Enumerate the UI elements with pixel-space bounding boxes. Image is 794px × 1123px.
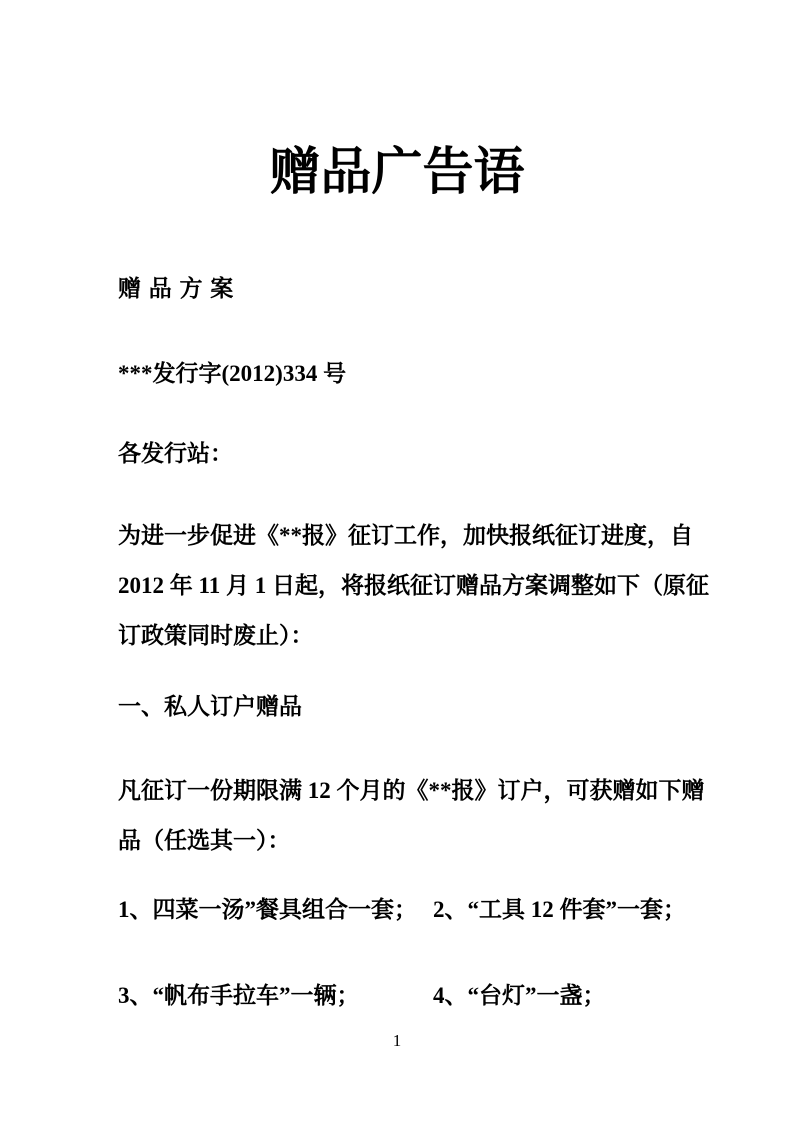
- section-intro-line-1: 凡征订一份期限满 12 个月的《**报》订户，可获赠如下赠: [118, 766, 676, 816]
- plan-subtitle: 赠 品 方 案: [118, 264, 676, 314]
- gift-item-3: 3、“帆布手拉车”一辆；: [118, 971, 433, 1021]
- intro-line-2: 2012 年 11 月 1 日起，将报纸征订赠品方案调整如下（原征: [118, 561, 676, 611]
- page-number: 1: [0, 1030, 794, 1052]
- section-one-intro: 凡征订一份期限满 12 个月的《**报》订户，可获赠如下赠 品（任选其一）：: [118, 766, 676, 866]
- intro-paragraph: 为进一步促进《**报》征订工作，加快报纸征订进度，自 2012 年 11 月 1…: [118, 511, 676, 661]
- gift-row-2: 3、“帆布手拉车”一辆； 4、“台灯”一盏；: [118, 971, 676, 1021]
- gift-row-1: 1、四菜一汤”餐具组合一套； 2、“工具 12 件套”一套；: [118, 885, 676, 935]
- section-one-heading: 一、私人订户赠品: [118, 682, 676, 732]
- document-number: ***发行字(2012)334 号: [118, 349, 676, 399]
- gift-item-2: 2、“工具 12 件套”一套；: [433, 885, 686, 935]
- gift-item-4: 4、“台灯”一盏；: [433, 971, 676, 1021]
- document-page: 赠品广告语 赠 品 方 案 ***发行字(2012)334 号 各发行站： 为进…: [0, 0, 794, 1123]
- intro-line-1: 为进一步促进《**报》征订工作，加快报纸征订进度，自: [118, 511, 676, 561]
- document-title: 赠品广告语: [0, 140, 794, 206]
- salutation-line: 各发行站：: [118, 429, 676, 479]
- gift-item-1: 1、四菜一汤”餐具组合一套；: [118, 885, 433, 935]
- section-intro-line-2: 品（任选其一）：: [118, 816, 676, 866]
- document-body: 赠 品 方 案 ***发行字(2012)334 号 各发行站： 为进一步促进《*…: [0, 264, 794, 1021]
- intro-line-3: 订政策同时废止）：: [118, 611, 676, 661]
